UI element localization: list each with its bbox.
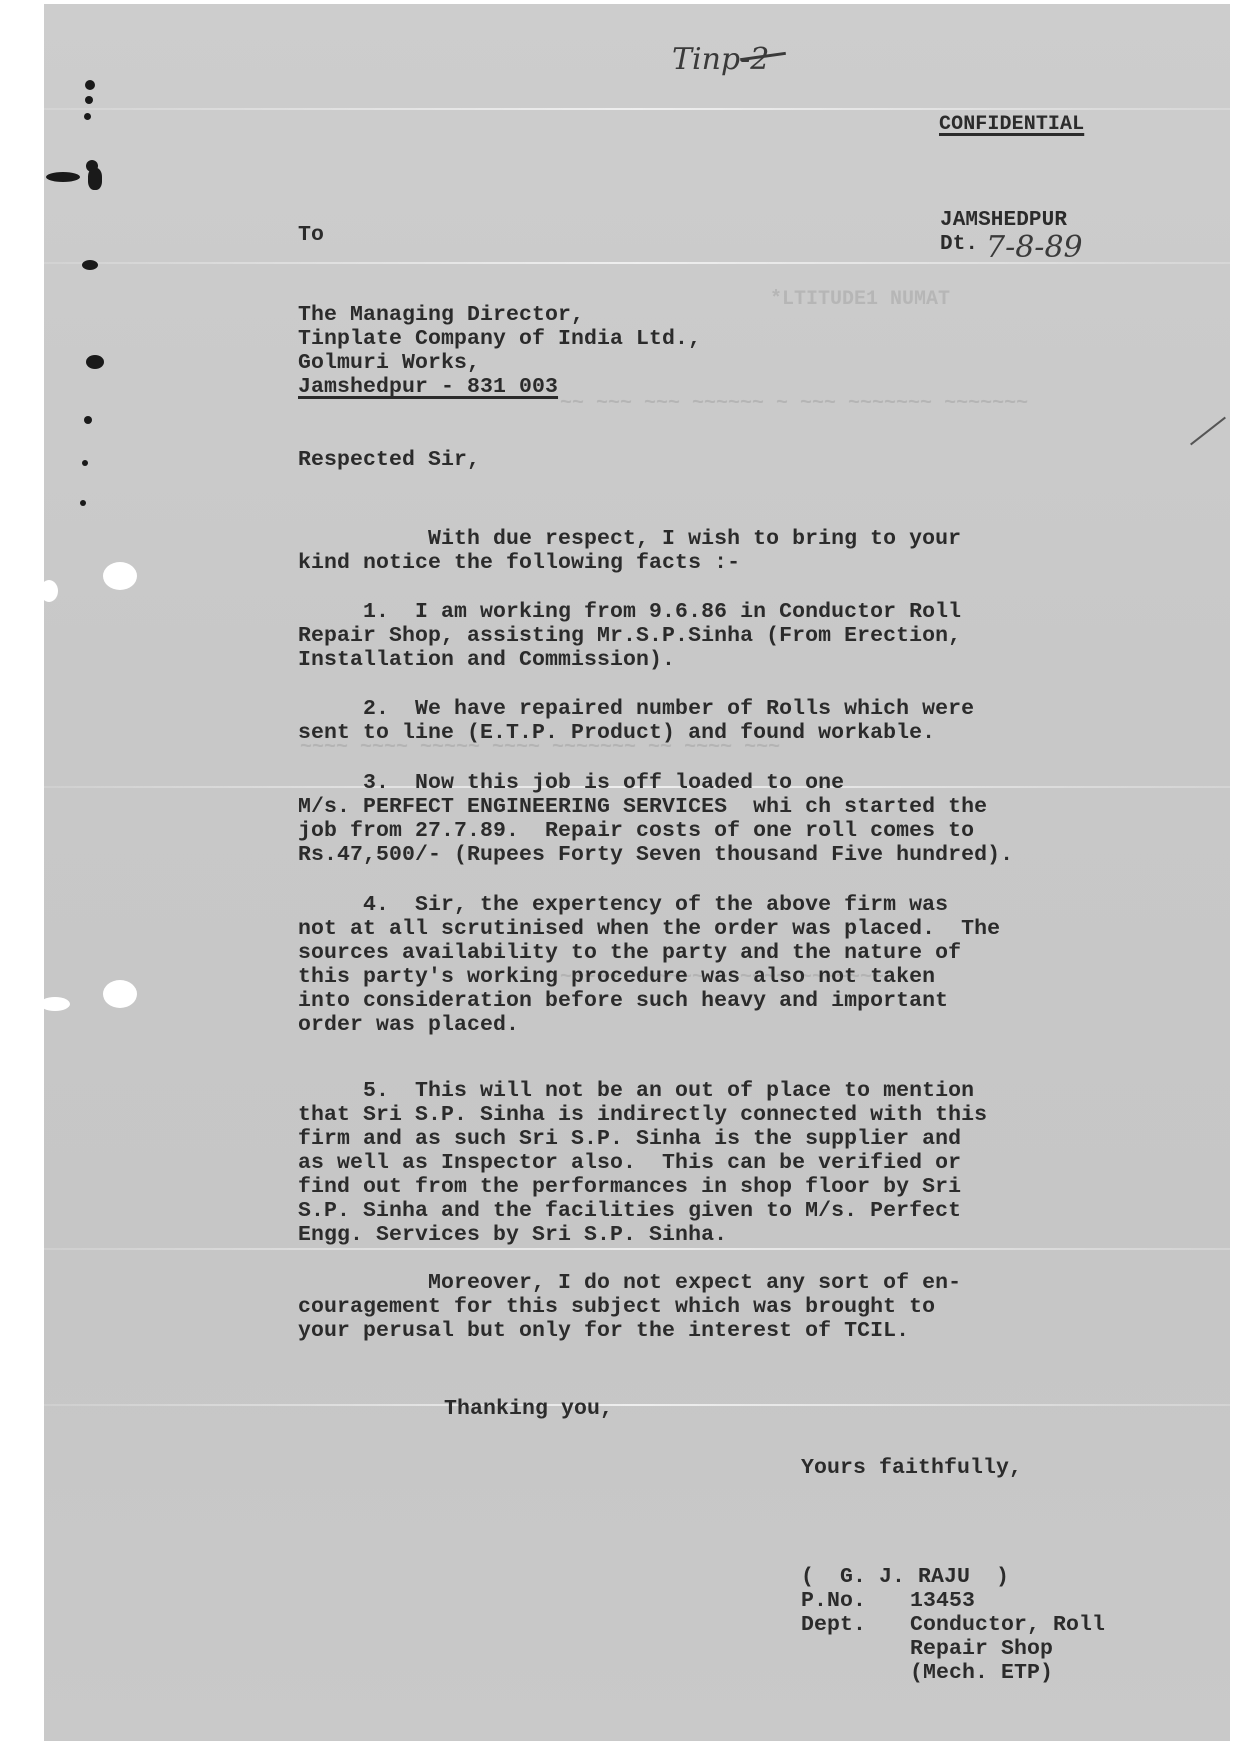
text-line: 1. I am working from 9.6.86 in Conductor… <box>298 601 961 625</box>
text-line: 3. Now this job is off loaded to one <box>298 772 844 796</box>
handwritten-reference: Tinp-2 <box>672 42 769 77</box>
sign-off: Yours faithfully, <box>801 1457 1022 1481</box>
text-line: With due respect, I wish to bring to you… <box>298 528 961 552</box>
edge-tear <box>40 997 70 1011</box>
text-line: job from 27.7.89. Repair costs of one ro… <box>298 820 974 844</box>
text-line: Engg. Services by Sri S.P. Sinha. <box>298 1224 727 1248</box>
fold-crease <box>44 1404 1230 1406</box>
text-line: Repair Shop, assisting Mr.S.P.Sinha (Fro… <box>298 625 961 649</box>
ink-mark <box>82 460 88 466</box>
ink-mark <box>86 355 104 369</box>
show-through-text: *LTITUDE1 NUMAT <box>770 288 950 311</box>
signatory-name: ( G. J. RAJU ) <box>801 1566 1009 1590</box>
text-line: into consideration before such heavy and… <box>298 990 948 1014</box>
punch-hole <box>103 562 137 590</box>
text-line: your perusal but only for the interest o… <box>298 1320 909 1344</box>
pno-label: P.No. <box>801 1590 866 1614</box>
text-line: S.P. Sinha and the facilities given to M… <box>298 1200 961 1224</box>
punch-hole <box>103 980 137 1008</box>
handwritten-date: 7-8-89 <box>986 230 1083 265</box>
ink-mark <box>88 168 102 190</box>
edge-tear <box>40 580 58 602</box>
text-line: Installation and Commission). <box>298 649 675 673</box>
dept-value: Repair Shop <box>910 1638 1053 1662</box>
thanks-line: Thanking you, <box>444 1398 613 1422</box>
dept-value: Conductor, Roll <box>910 1614 1105 1638</box>
text-line: kind notice the following facts :- <box>298 552 740 576</box>
confidential-label: CONFIDENTIAL <box>939 113 1084 137</box>
to-label: To <box>298 224 324 248</box>
recipient-line: Tinplate Company of India Ltd., <box>298 328 701 352</box>
fold-crease <box>44 108 1230 110</box>
greeting: Respected Sir, <box>298 449 480 473</box>
pno-value: 13453 <box>910 1590 975 1614</box>
text-line: not at all scrutinised when the order wa… <box>298 918 1000 942</box>
text-line: Moreover, I do not expect any sort of en… <box>298 1272 961 1296</box>
ink-mark <box>82 260 98 270</box>
text-line: couragement for this subject which was b… <box>298 1296 935 1320</box>
dept-label: Dept. <box>801 1614 866 1638</box>
fold-crease <box>44 1248 1230 1250</box>
text-line: M/s. PERFECT ENGINEERING SERVICES whi ch… <box>298 796 987 820</box>
text-line: order was placed. <box>298 1014 519 1038</box>
text-line: find out from the performances in shop f… <box>298 1176 961 1200</box>
recipient-line: Golmuri Works, <box>298 352 480 376</box>
ink-mark <box>46 172 80 182</box>
ink-mark <box>84 113 91 120</box>
text-line: that Sri S.P. Sinha is indirectly connec… <box>298 1104 987 1128</box>
text-line: 4. Sir, the expertency of the above firm… <box>298 894 948 918</box>
recipient-city: Jamshedpur - 831 003 <box>298 376 558 400</box>
show-through-text: ~~ ~~~ ~~~ ~~~~~~ ~ ~~~ ~~~~~~~ ~~~~~~~ <box>560 392 1028 415</box>
ink-mark <box>84 416 92 424</box>
text-line: sources availability to the party and th… <box>298 942 961 966</box>
dept-value: (Mech. ETP) <box>910 1662 1053 1686</box>
date-label: Dt. <box>940 233 978 257</box>
ink-mark <box>80 500 86 506</box>
ink-mark <box>85 96 93 104</box>
ink-mark <box>85 80 95 90</box>
text-line: Rs.47,500/- (Rupees Forty Seven thousand… <box>298 844 1013 868</box>
text-line: as well as Inspector also. This can be v… <box>298 1152 961 1176</box>
text-line: firm and as such Sri S.P. Sinha is the s… <box>298 1128 961 1152</box>
text-line: 5. This will not be an out of place to m… <box>298 1080 974 1104</box>
text-line: sent to line (E.T.P. Product) and found … <box>298 722 935 746</box>
recipient-line: The Managing Director, <box>298 304 584 328</box>
text-line: 2. We have repaired number of Rolls whic… <box>298 698 974 722</box>
text-line: this party's working procedure was also … <box>298 966 935 990</box>
